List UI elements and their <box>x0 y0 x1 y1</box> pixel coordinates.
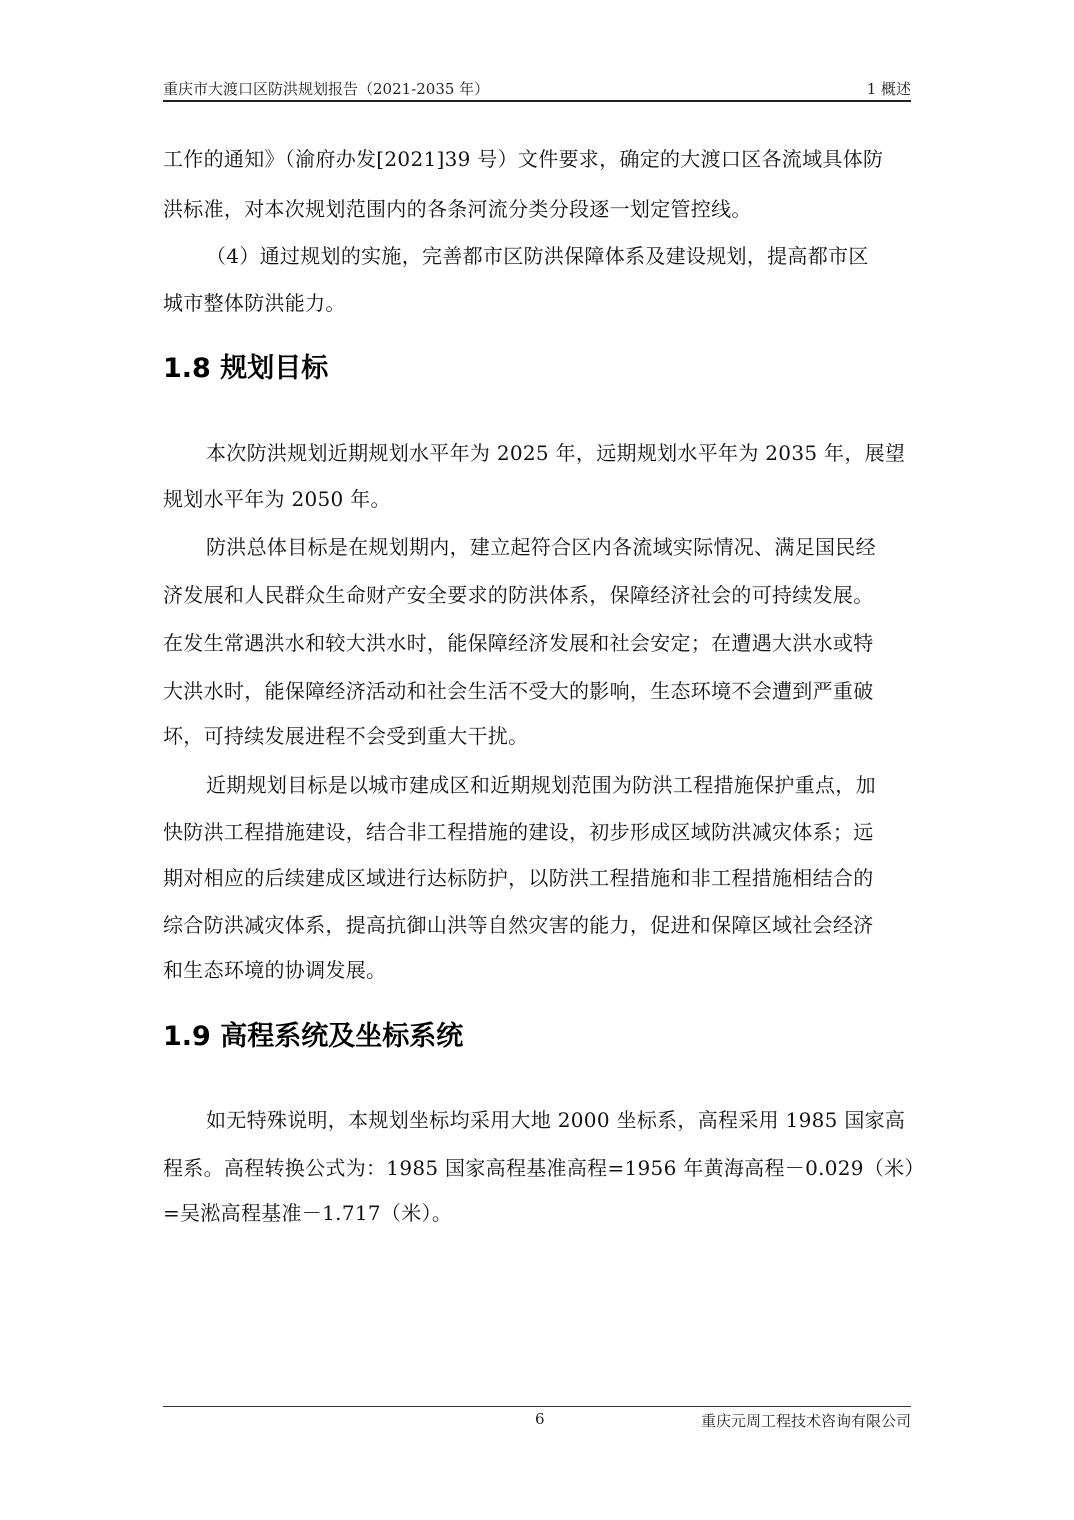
text-line: 工作的通知》（渝府办发[2021]39 号）文件要求，确定的大渡口区各流域具体防 <box>163 146 911 172</box>
text-line: 济发展和人民群众生命财产安全要求的防洪体系，保障经济社会的可持续发展。 <box>163 582 911 608</box>
header-divider <box>163 100 911 102</box>
footer-company: 重庆元周工程技术咨询有限公司 <box>701 1410 911 1431</box>
section-heading-1-8: 1.8 规划目标 <box>163 352 328 386</box>
footer-divider <box>163 1406 911 1407</box>
text-line: 程系。高程转换公式为：1985 国家高程基准高程=1956 年黄海高程－0.02… <box>163 1155 911 1181</box>
text-line: 快防洪工程措施建设，结合非工程措施的建设，初步形成区域防洪减灾体系；远 <box>163 819 911 845</box>
text-line: 规划水平年为 2050 年。 <box>163 486 911 512</box>
text-line: 和生态环境的协调发展。 <box>163 957 911 983</box>
text-line: =吴淞高程基准－1.717（米）。 <box>163 1200 911 1226</box>
text-line: 综合防洪减灾体系，提高抗御山洪等自然灾害的能力，促进和保障区域社会经济 <box>163 912 911 938</box>
header-chapter: 1 概述 <box>867 78 911 99</box>
text-line: 大洪水时，能保障经济活动和社会生活不受大的影响，生态环境不会遭到严重破 <box>163 678 911 704</box>
text-line: 洪标准，对本次规划范围内的各条河流分类分段逐一划定管控线。 <box>163 196 911 222</box>
text-line: 防洪总体目标是在规划期内，建立起符合区内各流域实际情况、满足国民经 <box>206 534 911 560</box>
text-line: 期对相应的后续建成区域进行达标防护，以防洪工程措施和非工程措施相结合的 <box>163 865 911 891</box>
text-line: （4）通过规划的实施，完善都市区防洪保障体系及建设规划，提高都市区 <box>206 243 911 269</box>
text-line: 如无特殊说明，本规划坐标均采用大地 2000 坐标系，高程采用 1985 国家高 <box>206 1107 911 1133</box>
text-line: 在发生常遇洪水和较大洪水时，能保障经济发展和社会安定；在遭遇大洪水或特 <box>163 630 911 656</box>
text-line: 坏，可持续发展进程不会受到重大干扰。 <box>163 723 911 749</box>
page-number: 6 <box>535 1410 545 1428</box>
page-header: 重庆市大渡口区防洪规划报告（2021-2035 年） 1 概述 <box>163 78 911 102</box>
header-title: 重庆市大渡口区防洪规划报告（2021-2035 年） <box>163 78 489 99</box>
document-page: 重庆市大渡口区防洪规划报告（2021-2035 年） 1 概述 工作的通知》（渝… <box>0 0 1074 1520</box>
text-line: 近期规划目标是以城市建成区和近期规划范围为防洪工程措施保护重点，加 <box>206 772 911 798</box>
text-line: 城市整体防洪能力。 <box>163 290 911 316</box>
text-line: 本次防洪规划近期规划水平年为 2025 年，远期规划水平年为 2035 年，展望 <box>206 440 911 466</box>
page-footer: 6 重庆元周工程技术咨询有限公司 <box>163 1410 911 1432</box>
section-heading-1-9: 1.9 高程系统及坐标系统 <box>163 1020 463 1054</box>
